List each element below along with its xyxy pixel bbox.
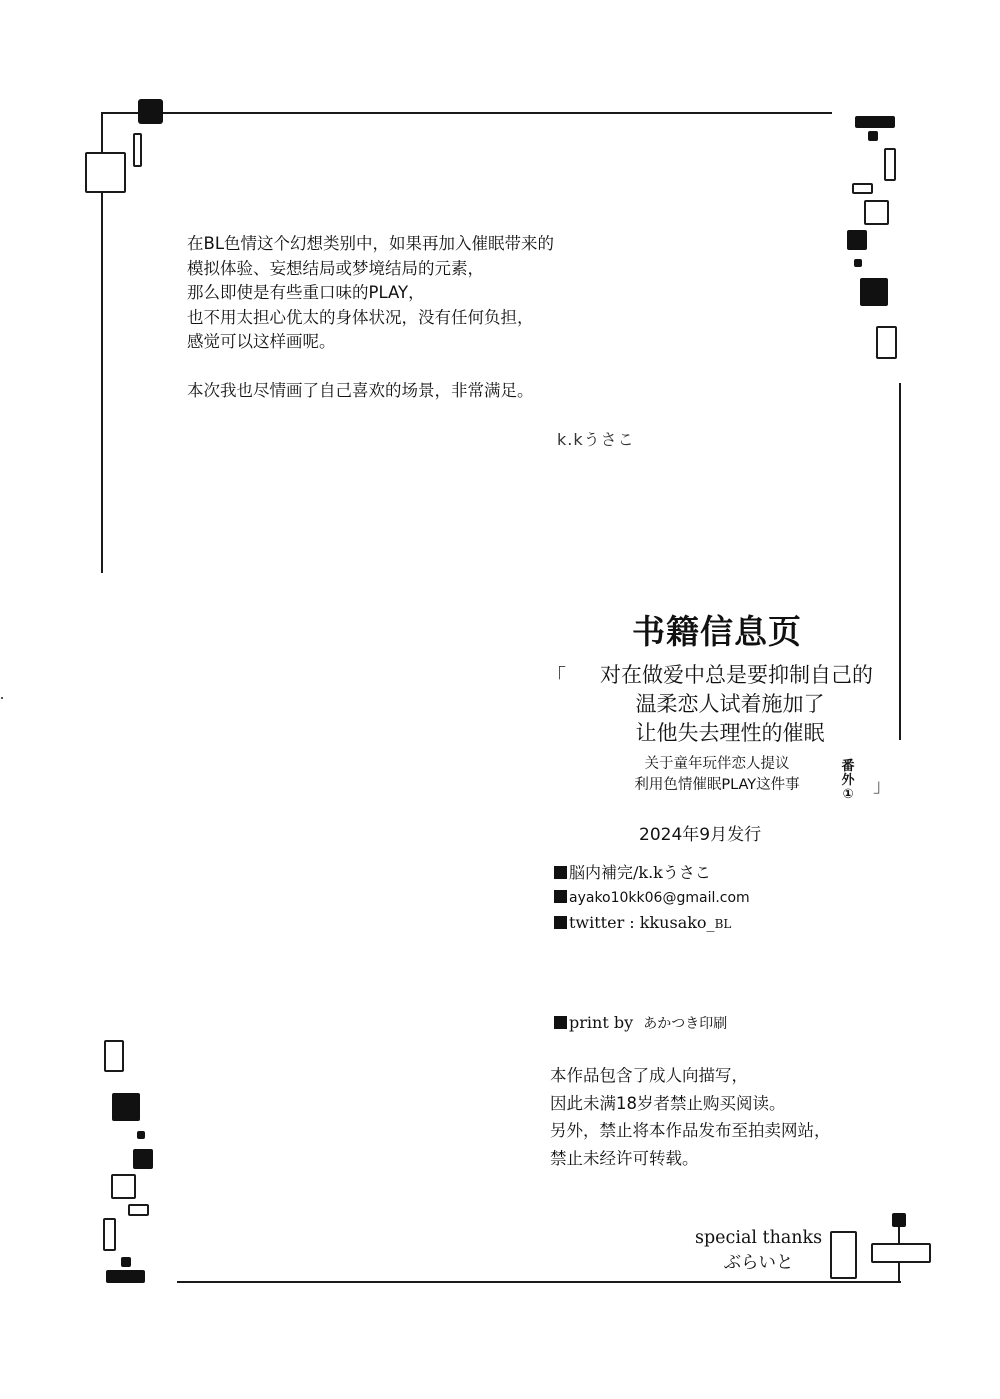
credit-email: ayako10kk06@gmail.com	[554, 887, 750, 906]
deco-bar-filled	[106, 1270, 145, 1283]
title-line: 对在做爱中总是要抑制自己的	[560, 661, 900, 690]
title-line: 让他失去理性的催眠	[560, 719, 900, 748]
deco-dot-filled	[868, 131, 878, 141]
subtitle-line: 关于童年玩伴恋人提议	[612, 754, 822, 775]
deco-bar-outline	[103, 1218, 116, 1251]
author-signature: k.kうさこ	[557, 427, 635, 450]
bullet-square-icon	[554, 916, 567, 929]
afterword-line: 在BL色情这个幻想类别中，如果再加入催眠带来的	[187, 232, 554, 257]
deco-bar-filled	[855, 116, 895, 128]
printer-name: あかつき印刷	[643, 1016, 727, 1032]
notice-line: 另外，禁止将本作品发布至拍卖网站，	[550, 1117, 831, 1145]
deco-bar-outline	[871, 1243, 931, 1263]
deco-bar-outline	[876, 326, 897, 359]
bullet-square-icon	[554, 1016, 567, 1029]
deco-dot-filled	[121, 1257, 131, 1267]
bullet-square-icon	[554, 866, 567, 879]
special-thanks: special thanks ぶらいと	[695, 1226, 822, 1276]
deco-bar-outline	[852, 183, 873, 194]
twitter-handle[interactable]: twitter : kkusako_	[569, 913, 715, 932]
twitter-handle-suffix: BL	[715, 917, 732, 931]
scan-speck	[1, 697, 3, 699]
deco-square-outline	[85, 152, 126, 193]
afterword-text: 在BL色情这个幻想类别中，如果再加入催眠带来的 模拟体验、妄想结局或梦境结局的元…	[187, 232, 554, 403]
extra-char: 番	[838, 760, 858, 774]
deco-square-filled	[112, 1093, 140, 1121]
email-address[interactable]: ayako10kk06@gmail.com	[569, 890, 750, 906]
credit-twitter: twitter : kkusako_BL	[554, 913, 731, 932]
book-subtitle: 关于童年玩伴恋人提议 利用色情催眠PLAY这件事	[612, 754, 822, 796]
print-label: print by	[569, 1013, 633, 1032]
deco-square-outline	[111, 1174, 136, 1199]
notice-line: 因此未满18岁者禁止购买阅读。	[550, 1090, 831, 1118]
deco-square-filled	[847, 230, 867, 250]
afterword-line: 那么即使是有些重口味的PLAY，	[187, 281, 554, 306]
extra-char: 外	[838, 774, 858, 788]
book-main-title: 对在做爱中总是要抑制自己的 温柔恋人试着施加了 让他失去理性的催眠	[560, 661, 900, 748]
deco-square-outline	[864, 200, 889, 225]
deco-dot-filled	[854, 259, 862, 267]
afterword-line: 也不用太担心优太的身体状况，没有任何负担，	[187, 306, 554, 331]
subtitle-line: 利用色情催眠PLAY这件事	[612, 775, 822, 796]
frame-bottom-line	[177, 1281, 901, 1283]
credit-printer: print by あかつき印刷	[554, 1013, 727, 1033]
deco-square-filled	[133, 1149, 153, 1169]
deco-bar-outline	[830, 1231, 857, 1279]
deco-square-filled	[138, 99, 163, 124]
circle-name: 脳内補完/k.kうさこ	[569, 863, 711, 882]
credit-circle: 脳内補完/k.kうさこ	[554, 860, 711, 883]
colophon-heading: 书籍信息页	[632, 606, 802, 653]
afterword-closing: 本次我也尽情画了自己喜欢的场景，非常满足。	[187, 379, 554, 404]
frame-top-line	[102, 112, 832, 114]
age-restriction-notice: 本作品包含了成人向描写， 因此未满18岁者禁止购买阅读。 另外，禁止将本作品发布…	[550, 1062, 831, 1172]
afterword-line: 模拟体验、妄想结局或梦境结局的元素，	[187, 257, 554, 282]
deco-bar-outline	[884, 148, 896, 181]
deco-dot-filled	[137, 1131, 145, 1139]
bullet-square-icon	[554, 890, 567, 903]
afterword-line: 感觉可以这样画呢。	[187, 330, 554, 355]
deco-dot-filled	[892, 1213, 906, 1227]
title-bracket-close: 」	[873, 772, 891, 798]
notice-line: 禁止未经许可转载。	[550, 1145, 831, 1173]
extra-episode-label: 番 外 ①	[838, 760, 858, 802]
release-date: 2024年9月发行	[639, 820, 761, 845]
notice-line: 本作品包含了成人向描写，	[550, 1062, 831, 1090]
thanks-label: special thanks	[695, 1226, 822, 1251]
deco-bar-outline	[104, 1040, 124, 1072]
thanks-name: ぶらいと	[695, 1251, 822, 1276]
extra-number: ①	[838, 788, 858, 802]
deco-square-filled	[860, 278, 888, 306]
deco-bar-outline	[133, 133, 142, 167]
paragraph-gap	[187, 355, 554, 379]
deco-bar-outline	[128, 1204, 149, 1216]
title-line: 温柔恋人试着施加了	[560, 690, 900, 719]
